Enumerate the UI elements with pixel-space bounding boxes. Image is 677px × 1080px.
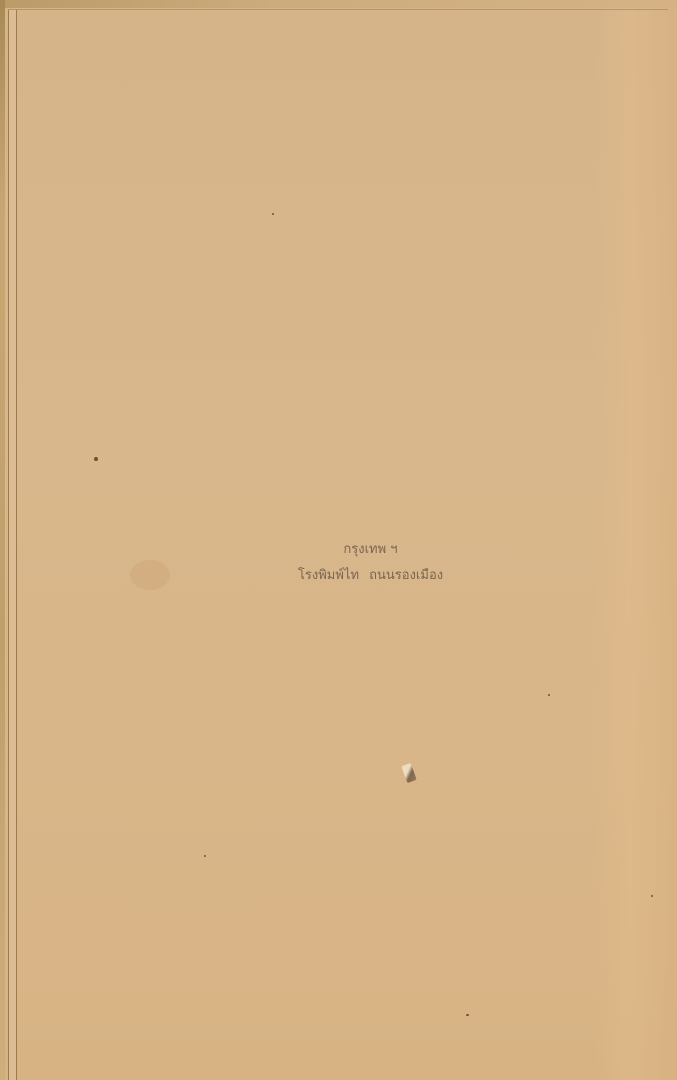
paper-speck xyxy=(272,213,274,215)
top-edge-strip xyxy=(0,0,677,8)
paper-speck xyxy=(548,694,550,696)
paper-speck xyxy=(204,855,206,857)
scanned-page: กรุงเทพ ฯ โรงพิมพ์ไท ถนนรองเมือง xyxy=(0,0,677,1080)
paper-speck xyxy=(94,457,98,461)
imprint-block: กรุงเทพ ฯ โรงพิมพ์ไท ถนนรองเมือง xyxy=(0,540,677,586)
paper-tear-mark xyxy=(401,763,417,783)
frame-top-line xyxy=(8,9,668,10)
imprint-press: โรงพิมพ์ไท ถนนรองเมือง xyxy=(64,566,677,586)
paper-speck xyxy=(466,1014,469,1016)
paper-speck xyxy=(651,895,653,897)
imprint-city: กรุงเทพ ฯ xyxy=(64,540,677,560)
